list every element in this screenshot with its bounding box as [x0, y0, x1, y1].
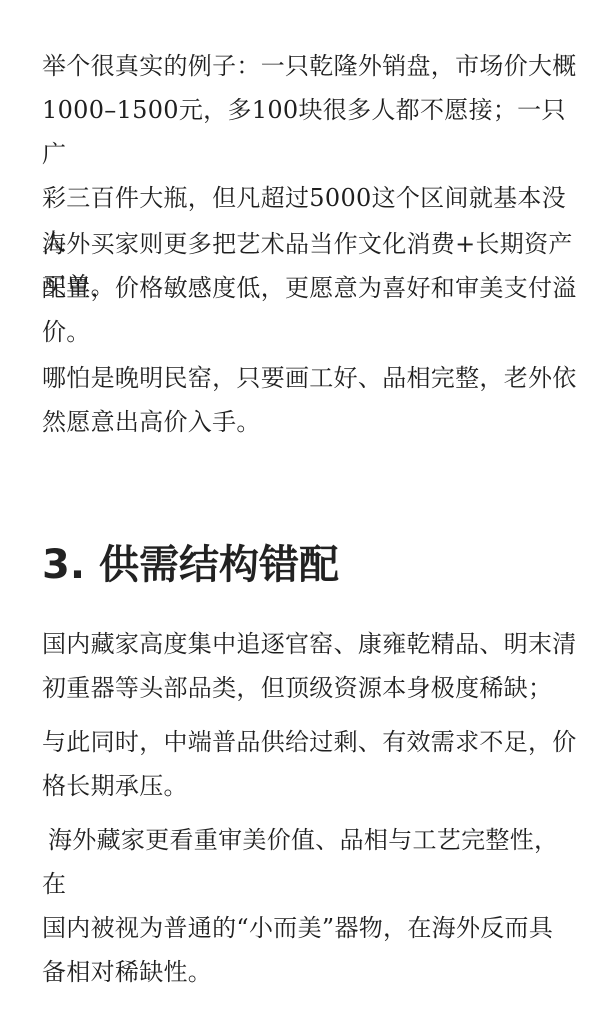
text-line: 配置，价格敏感度低，更愿意为喜好和审美支付溢: [42, 266, 578, 310]
text-line: 海外藏家更看重审美价值、品相与工艺完整性，在: [42, 818, 578, 906]
text-line: 备相对稀缺性。: [42, 950, 578, 994]
text-line: 然愿意出高价入手。: [42, 400, 578, 444]
paragraph-overseas-collectors: 海外藏家更看重审美价值、品相与工艺完整性，在 国内被视为普通的“小而美”器物，在…: [42, 818, 578, 994]
text-line: 与此同时，中端普品供给过剩、有效需求不足，价: [42, 720, 578, 764]
text-line: 哪怕是晚明民窑，只要画工好、品相完整，老外依: [42, 356, 578, 400]
section-heading: 3. 供需结构错配: [42, 540, 578, 590]
paragraph-domestic-collectors: 国内藏家高度集中追逐官窑、康雍乾精品、明末清 初重器等头部品类，但顶级资源本身极…: [42, 622, 578, 710]
text-line: 格长期承压。: [42, 764, 578, 808]
text-line: 国内被视为普通的“小而美”器物，在海外反而具: [42, 906, 578, 950]
text-line-content: 海外藏家更看重审美价值、品相与工艺完整性，在: [42, 826, 558, 898]
text-line: 国内藏家高度集中追逐官窑、康雍乾精品、明末清: [42, 622, 578, 666]
text-line: 举个很真实的例子：一只乾隆外销盘，市场价大概: [42, 44, 578, 88]
text-line: 初重器等头部品类，但顶级资源本身极度稀缺；: [42, 666, 578, 710]
text-line: 1000–1500元，多100块很多人都不愿接；一只广: [42, 88, 578, 176]
text-line: 海外买家则更多把艺术品当作文化消费+长期资产: [42, 222, 578, 266]
paragraph-mid-range-supply: 与此同时，中端普品供给过剩、有效需求不足，价 格长期承压。: [42, 720, 578, 808]
text-line: 价。: [42, 310, 578, 354]
paragraph-overseas-buyers: 海外买家则更多把艺术品当作文化消费+长期资产 配置，价格敏感度低，更愿意为喜好和…: [42, 222, 578, 354]
paragraph-late-ming: 哪怕是晚明民窑，只要画工好、品相完整，老外依 然愿意出高价入手。: [42, 356, 578, 444]
